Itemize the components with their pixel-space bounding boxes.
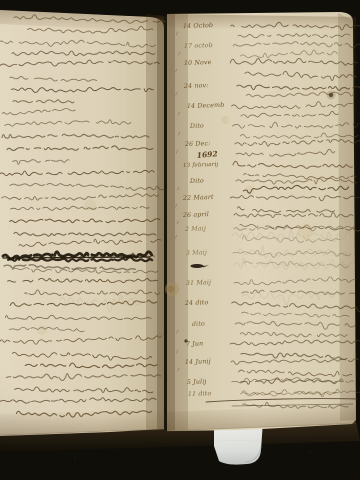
entry-date: 13 februarij (183, 162, 219, 169)
entry-date: 10 Nove (184, 59, 212, 67)
entry-date: 14 Decemb (187, 102, 225, 110)
entry-date: 14 Junij (185, 358, 211, 366)
entry-date: 3 Maij (186, 249, 207, 257)
entry-date: Dito (189, 123, 204, 131)
entry-date: 31 Maij (186, 279, 211, 287)
entry-date: 24 dito (184, 299, 209, 307)
entry-date: 14 Octob (183, 22, 213, 30)
entry-date: 2 Maij (184, 225, 206, 233)
entry-date: 24 nov: (183, 82, 209, 90)
year-heading: 1692 (196, 149, 218, 160)
entry-date: 7 Jun (186, 340, 204, 348)
entry-date: 22 Maart (182, 194, 214, 202)
entry-date: 5 Julij (187, 378, 207, 386)
manuscript-photo: 14 Octob17 octob10 Nove24 nov:14 DecembD… (0, 0, 360, 480)
entry-date: 26 Dec: (184, 140, 211, 148)
entry-date: Dito (189, 178, 204, 186)
entry-date: 17 octob (184, 42, 213, 50)
entry-date: 26 april (182, 211, 209, 219)
gutter-crease (164, 14, 167, 431)
left-page (0, 10, 164, 436)
book-spread: 14 Octob17 octob10 Nove24 nov:14 DecembD… (0, 0, 360, 480)
entry-date: dito (192, 321, 205, 328)
right-page (167, 12, 356, 431)
entry-date: 11 dito (188, 390, 212, 398)
